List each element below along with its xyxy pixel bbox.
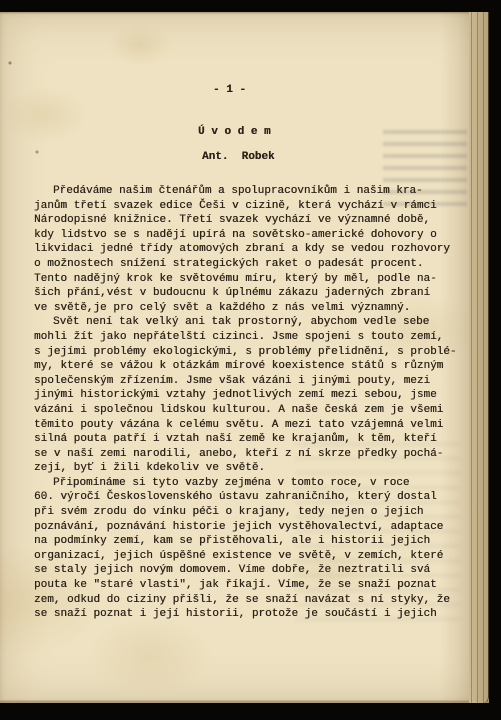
scanned-book-page: - 1 - Ú v o d e m Ant. Robek Předáváme n… xyxy=(0,0,501,720)
page-number: - 1 - xyxy=(213,84,246,96)
author-name: Ant. Robek xyxy=(202,151,275,163)
book-page-paper: - 1 - Ú v o d e m Ant. Robek Předáváme n… xyxy=(0,12,489,703)
paragraph: Předáváme našim čtenářům a spolupracovní… xyxy=(34,184,479,315)
body-text: Předáváme našim čtenářům a spolupracovní… xyxy=(34,184,479,622)
chapter-title: Ú v o d e m xyxy=(198,126,271,138)
page-content: - 1 - Ú v o d e m Ant. Robek Předáváme n… xyxy=(34,12,479,703)
paragraph: Připomínáme si tyto vazby zejména v tomt… xyxy=(34,476,479,622)
page-edge-stack xyxy=(469,12,489,703)
paragraph: Svět není tak velký ani tak prostorný, a… xyxy=(34,315,479,476)
